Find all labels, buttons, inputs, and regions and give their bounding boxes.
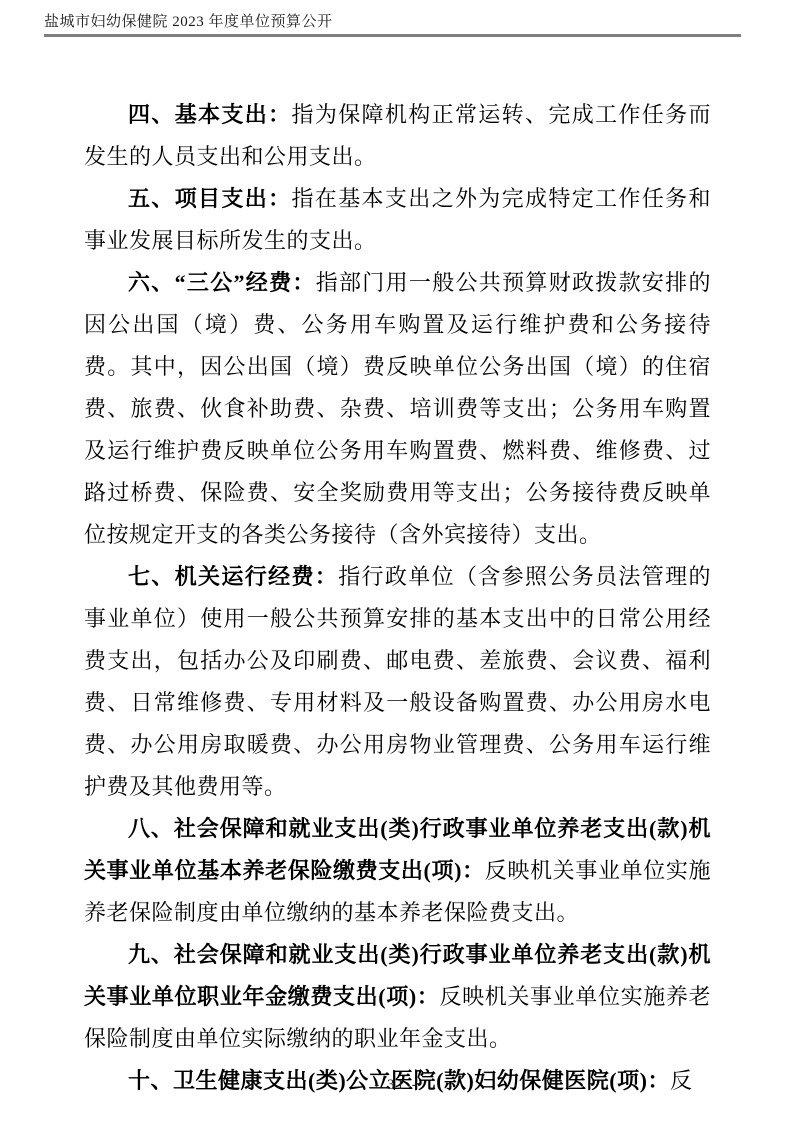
document-page: 盐城市妇幼保健院 2023 年度单位预算公开 四、基本支出：指为保障机构正常运转… <box>0 0 793 1122</box>
paragraph: 五、项目支出：指在基本支出之外为完成特定工作任务和事业发展目标所发生的支出。 <box>84 178 711 262</box>
paragraph: 九、社会保障和就业支出(类)行政事业单位养老支出(款)机关事业单位职业年金缴费支… <box>84 934 711 1060</box>
paragraph-body: 指部门用一般公共预算财政拨款安排的因公出国（境）费、公务用车购置及运行维护费和公… <box>84 270 711 547</box>
paragraph-lead: 五、项目支出： <box>128 186 291 211</box>
paragraph-lead: 六、“三公”经费： <box>128 270 316 295</box>
paragraph-body: 指行政单位（含参照公务员法管理的事业单位）使用一般公共预算安排的基本支出中的日常… <box>84 564 711 799</box>
paragraph-lead: 四、基本支出： <box>128 102 291 127</box>
paragraph-lead: 七、机关运行经费： <box>128 564 338 589</box>
page-header: 盐城市妇幼保健院 2023 年度单位预算公开 <box>44 10 741 37</box>
paragraph: 七、机关运行经费：指行政单位（含参照公务员法管理的事业单位）使用一般公共预算安排… <box>84 556 711 808</box>
document-body: 四、基本支出：指为保障机构正常运转、完成工作任务而发生的人员支出和公用支出。 五… <box>84 94 711 1102</box>
page-number: - 31 - <box>0 1077 793 1094</box>
paragraph: 四、基本支出：指为保障机构正常运转、完成工作任务而发生的人员支出和公用支出。 <box>84 94 711 178</box>
header-title: 盐城市妇幼保健院 2023 年度单位预算公开 <box>44 10 741 31</box>
paragraph: 六、“三公”经费：指部门用一般公共预算财政拨款安排的因公出国（境）费、公务用车购… <box>84 262 711 556</box>
paragraph: 八、社会保障和就业支出(类)行政事业单位养老支出(款)机关事业单位基本养老保险缴… <box>84 808 711 934</box>
